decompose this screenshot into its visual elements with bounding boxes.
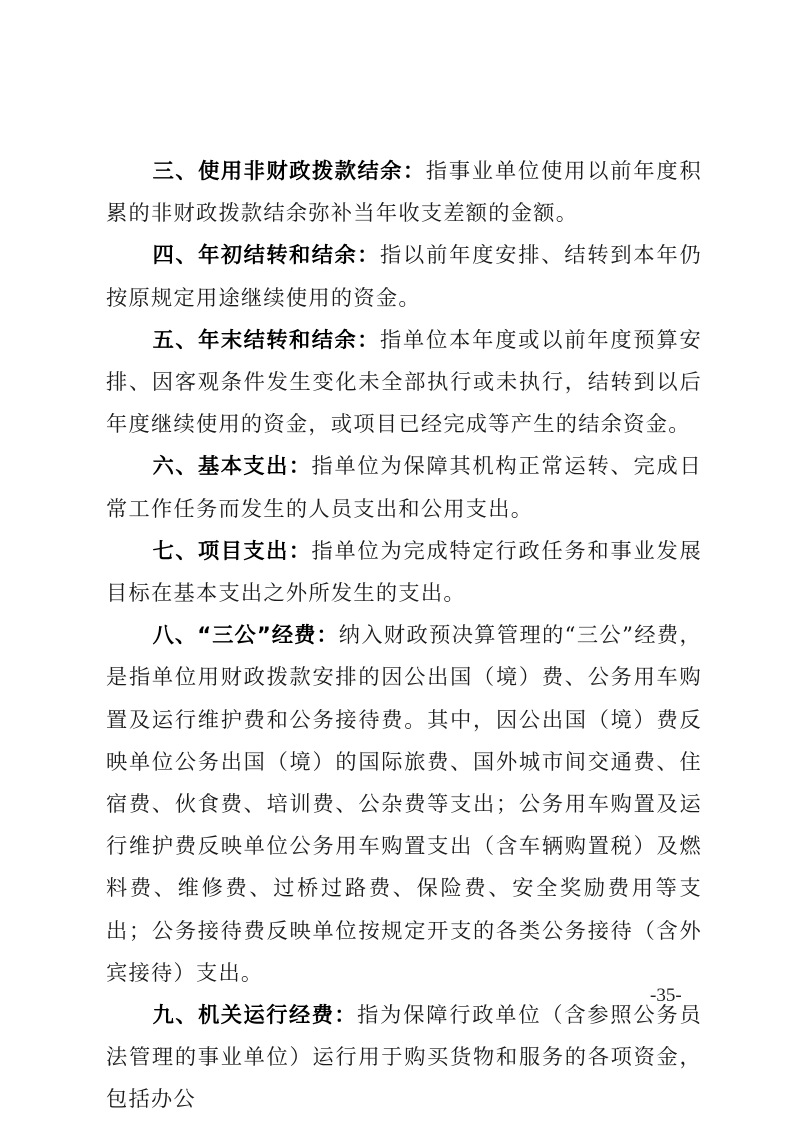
document-page: 三、使用非财政拨款结余：指事业单位使用以前年度积累的非财政拨款结余弥补当年收支差… [0,0,793,1122]
definition-text: 纳入财政预决算管理的“三公”经费，是指单位用财政拨款安排的因公出国（境）费、公务… [106,622,702,985]
page-number: -35- [650,985,682,1007]
definition-paragraph-4: 四、年初结转和结余：指以前年度安排、结转到本年仍按原规定用途继续使用的资金。 [106,234,702,318]
definition-paragraph-5: 五、年末结转和结余：指单位本年度或以前年度预算安排、因客观条件发生变化未全部执行… [106,319,702,446]
definition-term: 三、使用非财政拨款结余： [153,158,426,183]
definition-paragraph-8: 八、“三公”经费：纳入财政预决算管理的“三公”经费，是指单位用财政拨款安排的因公… [106,614,702,994]
definition-paragraph-9: 九、机关运行经费：指为保障行政单位（含参照公务员法管理的事业单位）运行用于购买货… [106,994,702,1121]
document-body: 三、使用非财政拨款结余：指事业单位使用以前年度积累的非财政拨款结余弥补当年收支差… [106,150,702,1121]
definition-paragraph-3: 三、使用非财政拨款结余：指事业单位使用以前年度积累的非财政拨款结余弥补当年收支差… [106,150,702,234]
definition-term: 七、项目支出： [153,538,312,563]
definition-term: 九、机关运行经费： [153,1002,358,1027]
definition-term: 六、基本支出： [153,453,312,478]
definition-paragraph-6: 六、基本支出：指单位为保障其机构正常运转、完成日常工作任务而发生的人员支出和公用… [106,445,702,529]
definition-term: 五、年末结转和结余： [153,327,380,352]
definition-term: 四、年初结转和结余： [153,242,380,267]
definition-term: 八、“三公”经费： [153,622,339,647]
definition-paragraph-7: 七、项目支出：指单位为完成特定行政任务和事业发展目标在基本支出之外所发生的支出。 [106,530,702,614]
